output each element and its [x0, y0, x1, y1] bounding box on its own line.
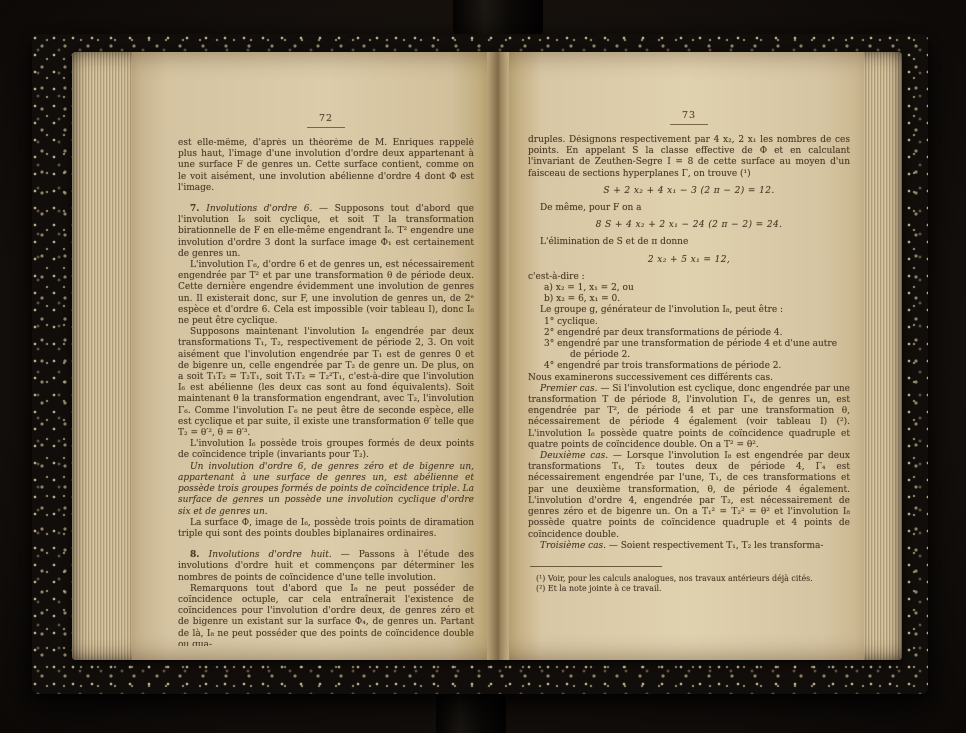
text-run: Involutions d'ordre huit. [209, 550, 332, 560]
text-run: Supposons maintenant l'involution I₆ eng… [178, 327, 474, 438]
paragraph: Nous examinerons successivement ces diff… [528, 373, 850, 384]
paragraph: c'est-à-dire : [528, 272, 850, 283]
paragraph: Troisième cas. — Soient respectivement T… [528, 541, 850, 552]
right-page-number: 73 [528, 110, 850, 121]
book-spine-bottom [436, 692, 506, 733]
left-page-number: 72 [178, 113, 474, 124]
footnotes: (¹) Voir, pour les calculs analogues, no… [528, 574, 850, 594]
paragraph: 2 x₂ + 5 x₁ = 12, [528, 255, 850, 266]
text-run: 2 x₂ + 5 x₁ = 12, [648, 255, 730, 265]
right-page-text: druples. Désignons respectivement par 4 … [528, 135, 850, 552]
text-run: 8 S + 4 x₂ + 2 x₁ − 24 (2 π − 2) = 24. [596, 220, 783, 230]
text-run: — Lorsque l'involution I₈ est engendrée … [528, 451, 850, 539]
text-run: De même, pour F on a [540, 203, 642, 213]
paragraph: L'involution I₆ possède trois groupes fo… [178, 439, 474, 461]
page-number-rule [670, 124, 708, 125]
text-run: La surface Φ, image de I₆, possède trois… [178, 518, 474, 539]
paragraph: Remarquons tout d'abord que I₈ ne peut p… [178, 584, 474, 646]
page-number-rule [307, 127, 345, 128]
text-run: 4° engendré par trois transformations de… [544, 361, 781, 371]
paragraph: b) x₂ = 6, x₁ = 0. [544, 294, 850, 305]
paragraph: 8 S + 4 x₂ + 2 x₁ − 24 (2 π − 2) = 24. [528, 220, 850, 231]
right-page-edges [864, 52, 902, 660]
text-run: est elle-même, d'après un théorème de M.… [178, 138, 474, 193]
text-run: b) x₂ = 6, x₁ = 0. [544, 294, 620, 304]
paragraph: 8. Involutions d'ordre huit. — Passons à… [178, 550, 474, 584]
text-run: Un involution d'ordre 6, de genres zéro … [178, 462, 474, 517]
paragraph: (²) Et la note jointe à ce travail. [528, 584, 850, 594]
text-run: L'involution Γ₆, d'ordre 6 et de genres … [178, 260, 474, 326]
text-run: Involutions d'ordre 6. [206, 204, 312, 214]
text-run: Premier cas. [540, 384, 598, 394]
text-run: 8. [190, 550, 209, 560]
open-book: 72 est elle-même, d'après un théorème de… [32, 34, 928, 694]
paragraph: La surface Φ, image de I₆, possède trois… [178, 518, 474, 540]
paragraph: 2° engendré par deux transformations de … [544, 328, 850, 339]
paragraph: De même, pour F on a [528, 203, 850, 214]
paragraph: Un involution d'ordre 6, de genres zéro … [178, 462, 474, 518]
text-run: 1° cyclique. [544, 317, 598, 327]
paragraph: 3° engendré par une transformation de pé… [544, 339, 850, 361]
text-run: — Soient respectivement T₁, T₂ les trans… [606, 541, 823, 551]
text-run: a) x₂ = 1, x₁ = 2, ou [544, 283, 634, 293]
paragraph: L'élimination de S et de π donne [528, 237, 850, 248]
text-run: S + 2 x₂ + 4 x₁ − 3 (2 π − 2) = 12. [603, 186, 774, 196]
left-page-edges [72, 52, 132, 660]
text-run: 7. [190, 204, 206, 214]
text-run: L'élimination de S et de π donne [540, 237, 688, 247]
text-run: (¹) Voir, pour les calculs analogues, no… [536, 574, 813, 583]
text-run: druples. Désignons respectivement par 4 … [528, 135, 850, 179]
paragraph: 7. Involutions d'ordre 6. — Supposons to… [178, 204, 474, 260]
text-run: Remarquons tout d'abord que I₈ ne peut p… [178, 584, 474, 646]
text-run: 2° engendré par deux transformations de … [544, 328, 782, 338]
text-run: L'involution I₆ possède trois groupes fo… [178, 439, 474, 460]
footnote-rule [530, 566, 662, 567]
paragraph: Premier cas. — Si l'involution est cycli… [528, 384, 850, 451]
text-run: Nous examinerons successivement ces diff… [528, 373, 773, 383]
paragraph: a) x₂ = 1, x₁ = 2, ou [544, 283, 850, 294]
text-run: Le groupe g, générateur de l'involution … [540, 305, 783, 315]
right-page-content: 73 druples. Désignons respectivement par… [528, 110, 850, 594]
text-run: Deuxième cas. [540, 451, 608, 461]
text-run: Troisième cas. [540, 541, 606, 551]
paragraph: L'involution Γ₆, d'ordre 6 et de genres … [178, 260, 474, 327]
paragraph: S + 2 x₂ + 4 x₁ − 3 (2 π − 2) = 12. [528, 186, 850, 197]
left-page-text: est elle-même, d'après un théorème de M.… [178, 138, 474, 646]
text-run: c'est-à-dire : [528, 272, 585, 282]
paragraph: Le groupe g, générateur de l'involution … [528, 305, 850, 316]
paragraph: (¹) Voir, pour les calculs analogues, no… [528, 574, 850, 584]
paragraph: 4° engendré par trois transformations de… [544, 361, 850, 372]
paragraph: Deuxième cas. — Lorsque l'involution I₈ … [528, 451, 850, 541]
paragraph: 1° cyclique. [544, 317, 850, 328]
book-gutter [487, 52, 509, 660]
left-page-content: 72 est elle-même, d'après un théorème de… [178, 113, 474, 646]
text-run: 3° engendré par une transformation de pé… [544, 339, 837, 360]
paragraph: druples. Désignons respectivement par 4 … [528, 135, 850, 180]
paragraph: est elle-même, d'après un théorème de M.… [178, 138, 474, 194]
text-run: (²) Et la note jointe à ce travail. [536, 584, 662, 593]
paragraph: Supposons maintenant l'involution I₆ eng… [178, 327, 474, 439]
